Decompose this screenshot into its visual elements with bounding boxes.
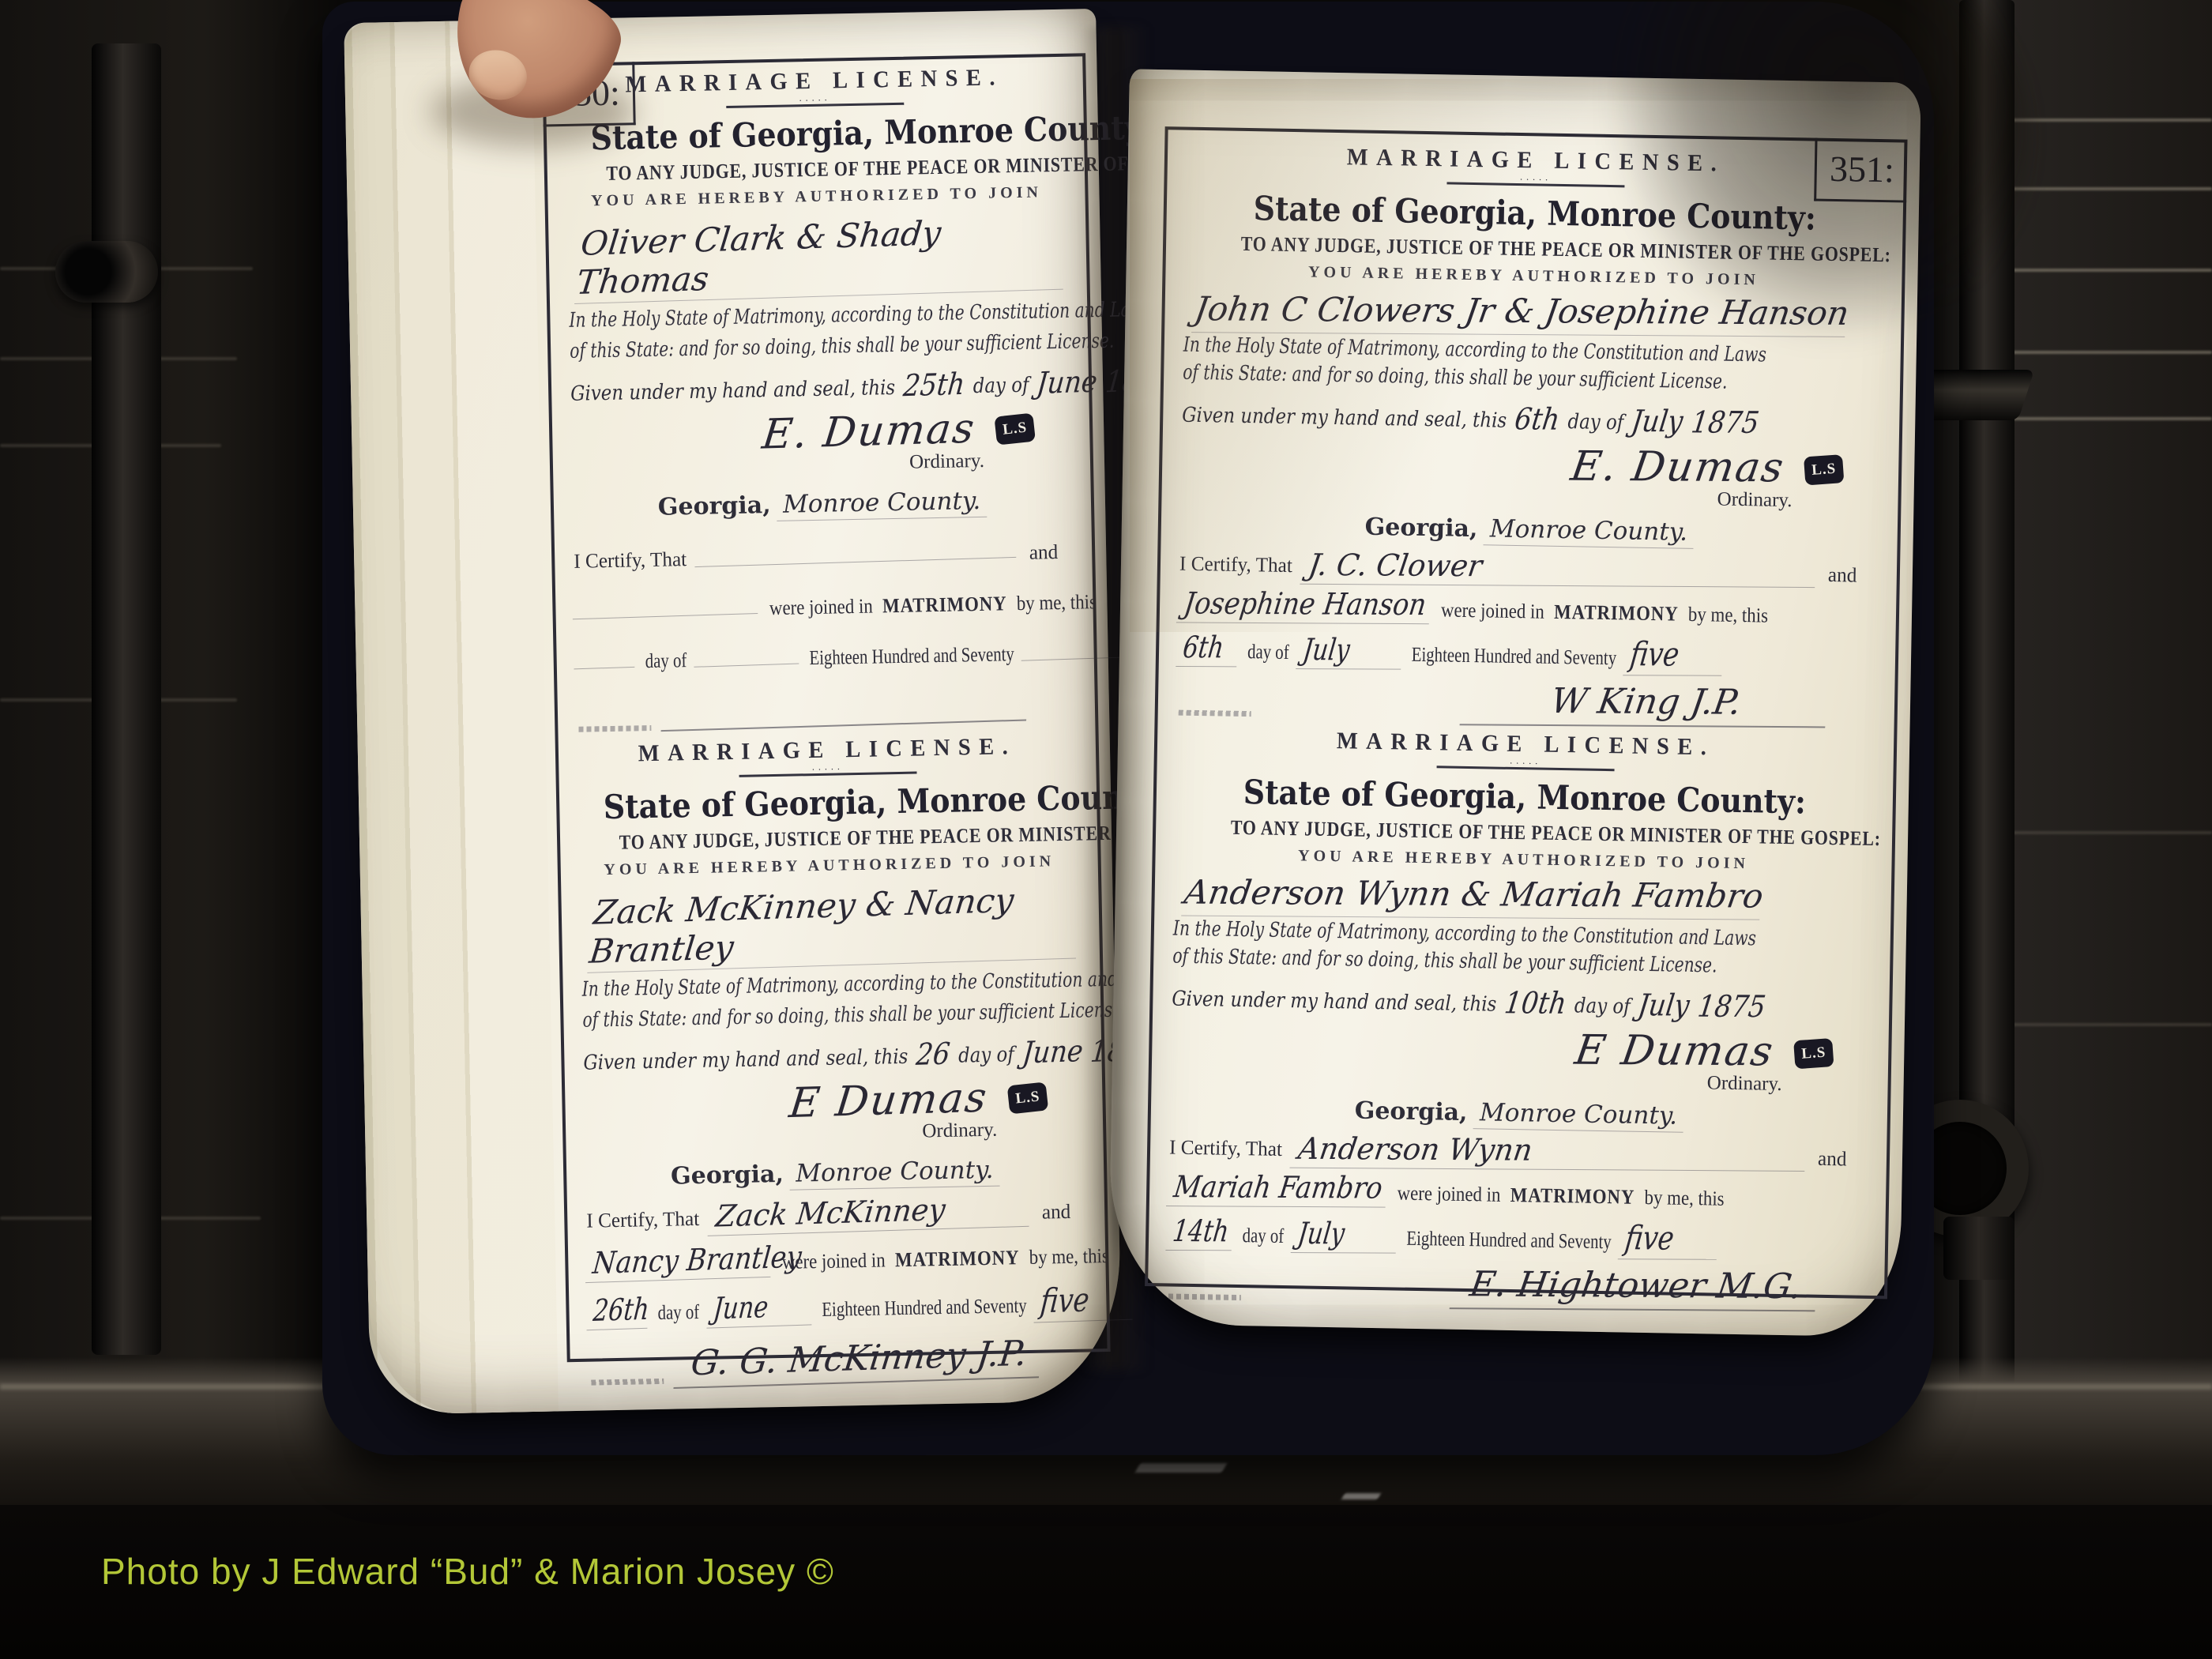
given-under-label: Given under my hand and seal, this — [1182, 404, 1507, 433]
bride-name — [573, 577, 762, 619]
authorized-line: YOU ARE HEREBY AUTHORIZED TO JOIN — [566, 183, 1066, 211]
certify-line-date: 6th day of July Eighteen Hundred and Sev… — [1178, 626, 1737, 677]
license-title: MARRIAGE LICENSE. — [577, 63, 1051, 100]
authorized-line: YOU ARE HEREBY AUTHORIZED TO JOIN — [580, 852, 1079, 880]
cert-month — [694, 626, 802, 667]
notary-seal: L.S — [1804, 454, 1844, 485]
photo-stage: 350: MARRIAGE LICENSE. ····· State of Ge… — [0, 0, 2212, 1659]
shelf-scuff — [1135, 1463, 1228, 1473]
marriage-license-form: MARRIAGE LICENSE. ····· State of Georgia… — [577, 732, 1089, 1389]
officiant-signature: E. Hightower M.G. — [1450, 1264, 1822, 1311]
county-label: Monroe County. — [1473, 1098, 1684, 1133]
bride-name: Josephine Hanson — [1176, 586, 1434, 625]
eighteen-label: Eighteen Hundred and Seventy — [1406, 1227, 1612, 1255]
ordinary-signature: E Dumas — [1572, 1027, 1777, 1076]
notary-seal: L.S — [1007, 1082, 1049, 1114]
certify-line-bride: Josephine Hanson were joined in MATRIMON… — [1179, 585, 1794, 633]
addressee-line: TO ANY JUDGE, JUSTICE OF THE PEACE OR MI… — [619, 823, 1038, 855]
day-of-label: day of — [1574, 994, 1631, 1018]
joined-post: by me, this — [1644, 1186, 1725, 1211]
license-year: 1875 — [1689, 404, 1761, 439]
matrimony-word: MATRIMONY — [1510, 1183, 1635, 1209]
given-under-label: Given under my hand and seal, this — [1172, 987, 1496, 1016]
given-under-label: Given under my hand and seal, this — [583, 1045, 908, 1075]
title-rule: ····· — [1436, 758, 1614, 771]
license-title: MARRIAGE LICENSE. — [589, 732, 1064, 769]
cert-year-word: five — [1623, 634, 1726, 675]
state-heading: State of Georgia, Monroe County: — [590, 110, 1040, 157]
page-left: 350: MARRIAGE LICENSE. ····· State of Ge… — [344, 9, 1123, 1415]
shelf-scuff — [1341, 1493, 1382, 1499]
notary-seal: L.S — [1793, 1038, 1834, 1069]
groom-name: J. C. Clower — [1300, 547, 1821, 588]
joined-post: by me, this — [1688, 603, 1769, 628]
county-label: Monroe County. — [789, 1156, 1000, 1191]
officiant-row: W King J.P. — [1177, 674, 1876, 731]
certify-prefix: I Certify, That — [1169, 1135, 1282, 1161]
certify-line-groom: I Certify, That J. C. Clower and — [1179, 543, 1857, 592]
certify-line-date: 26th day of June Eighteen Hundred and Se… — [588, 1282, 988, 1331]
officiant-signature: G. G. McKinney J.P. — [673, 1333, 1044, 1389]
cert-day: 6th — [1176, 630, 1241, 667]
and-label: and — [1029, 540, 1059, 565]
given-line: Given under my hand and seal, this 25th … — [570, 364, 1010, 408]
groom-name — [695, 521, 1021, 567]
eighteen-label: Eighteen Hundred and Seventy — [822, 1294, 1027, 1322]
certify-prefix: I Certify, That — [574, 547, 687, 574]
joined-pre: were joined in — [769, 595, 873, 621]
given-line: Given under my hand and seal, this 26 da… — [583, 1033, 1023, 1077]
couple-names: Zack McKinney & Nancy Brantley — [587, 878, 1085, 973]
license-month: June — [1021, 1033, 1085, 1070]
license-month: July — [1636, 987, 1691, 1022]
license-year: 1875 — [1695, 989, 1767, 1024]
license-day: 25th — [901, 367, 966, 403]
certify-line-bride: Nancy Brantley were joined in MATRIMONY … — [587, 1236, 1027, 1282]
matrimony-line: In the Holy State of Matrimony, accordin… — [569, 301, 958, 332]
georgia-label: Georgia, — [657, 491, 770, 521]
sufficient-line: of this State: and for so doing, this sh… — [582, 1001, 972, 1032]
license-month: July — [1630, 404, 1685, 438]
couple-names: Oliver Clark & Shady Thomas — [574, 209, 1072, 304]
watermark: Photo by J Edward “Bud” & Marion Josey © — [101, 1550, 834, 1593]
certify-line-bride: were joined in MATRIMONY by me, this — [574, 573, 1014, 624]
georgia-county-line: Georgia, Monroe County. — [585, 1154, 1085, 1192]
groom-name: Zack McKinney — [708, 1190, 1033, 1236]
title-rule: ····· — [726, 95, 904, 108]
county-label: Monroe County. — [1484, 514, 1695, 549]
state-heading: State of Georgia, Monroe County: — [603, 779, 1053, 826]
marriage-license-form: MARRIAGE LICENSE. ····· State of Georgia… — [1167, 725, 1875, 1315]
officiant-signature: W King J.P. — [1459, 680, 1831, 728]
matrimony-line: In the Holy State of Matrimony, accordin… — [1173, 917, 1718, 950]
and-label: and — [1042, 1200, 1071, 1224]
marriage-license-form: MARRIAGE LICENSE. ····· State of Georgia… — [564, 63, 1076, 735]
day-of-label: day of — [1242, 1224, 1284, 1248]
county-label: Monroe County. — [777, 487, 987, 521]
joined-pre: were joined in — [1397, 1182, 1500, 1207]
georgia-label: Georgia, — [671, 1161, 784, 1191]
slat-line — [1991, 1023, 2212, 1026]
ordinary-signature: E. Dumas — [1567, 443, 1787, 492]
authorized-line: YOU ARE HEREBY AUTHORIZED TO JOIN — [1174, 845, 1872, 875]
title-rule: ····· — [739, 764, 916, 777]
officiant-row: G. G. McKinney J.P. — [589, 1334, 1089, 1389]
day-of-label: day of — [645, 649, 687, 673]
book-gutter-shadow — [1081, 27, 1149, 1370]
georgia-county-line: Georgia, Monroe County. — [573, 485, 1073, 523]
couple-names: Anderson Wynn & Mariah Fambro — [1181, 873, 1766, 920]
certify-line-groom: I Certify, That and — [574, 521, 1059, 574]
certify-line-bride: Mariah Fambro were joined in MATRIMONY b… — [1168, 1168, 1784, 1216]
cert-day: 26th — [587, 1292, 651, 1331]
rod-foot — [1943, 1217, 2014, 1280]
cert-day — [574, 630, 638, 670]
eighteen-label: Eighteen Hundred and Seventy — [809, 642, 1014, 670]
officiant-row: E. Hightower M.G. — [1167, 1257, 1866, 1314]
license-day: 10th — [1503, 985, 1568, 1020]
cert-day: 14th — [1165, 1213, 1236, 1251]
notary-seal: L.S — [994, 413, 1036, 446]
slat-line — [1983, 417, 2212, 420]
day-of-label: day of — [1247, 640, 1289, 664]
and-label: and — [1818, 1147, 1847, 1172]
certify-prefix: I Certify, That — [586, 1207, 699, 1233]
officiant-signature — [660, 676, 1031, 732]
joined-pre: were joined in — [1441, 598, 1544, 623]
sufficient-line: of this State: and for so doing, this sh… — [570, 332, 959, 363]
day-of-label: day of — [1567, 410, 1623, 434]
rod-socket-knob — [55, 241, 158, 303]
day-of-label: day of — [958, 1043, 1014, 1067]
matrimony-word: MATRIMONY — [895, 1246, 1020, 1272]
cert-month: July — [1291, 1216, 1401, 1253]
cert-month: June — [706, 1288, 814, 1328]
eighteen-label: Eighteen Hundred and Seventy — [1412, 643, 1617, 671]
day-of-label: day of — [657, 1300, 699, 1325]
georgia-label: Georgia, — [1354, 1097, 1467, 1127]
license-day: 6th — [1513, 401, 1562, 436]
ordinary-signature: E. Dumas — [760, 405, 978, 459]
given-under-label: Given under my hand and seal, this — [570, 376, 895, 406]
given-line: Given under my hand and seal, this 6th d… — [1182, 394, 1797, 440]
certify-line-groom: I Certify, That Zack McKinney and — [586, 1191, 1071, 1237]
day-of-label: day of — [972, 374, 1029, 398]
cert-month: July — [1296, 632, 1405, 669]
form-frame-left: 350: MARRIAGE LICENSE. ····· State of Ge… — [542, 53, 1110, 1362]
license-day: 26 — [915, 1036, 952, 1072]
sufficient-line: of this State: and for so doing, this sh… — [1183, 361, 1728, 394]
cert-year-word: five — [1618, 1218, 1721, 1259]
matrimony-line: In the Holy State of Matrimony, accordin… — [1183, 333, 1729, 367]
bride-name: Mariah Fambro — [1166, 1169, 1390, 1207]
slat-line — [1991, 831, 2212, 834]
certify-line-date: 14th day of July Eighteen Hundred and Se… — [1168, 1209, 1727, 1260]
groom-name: Anderson Wynn — [1290, 1131, 1811, 1172]
matrimony-word: MATRIMONY — [882, 592, 1007, 618]
addressee-line: TO ANY JUDGE, JUSTICE OF THE PEACE OR MI… — [1231, 816, 1818, 850]
ordinary-signature: E Dumas — [787, 1074, 991, 1128]
and-label: and — [1828, 563, 1857, 588]
bride-name: Nancy Brantley — [585, 1240, 774, 1283]
state-heading: State of Georgia, Monroe County: — [1210, 772, 1839, 822]
certify-prefix: I Certify, That — [1179, 552, 1292, 577]
georgia-label: Georgia, — [1364, 513, 1477, 543]
given-line: Given under my hand and seal, this 10th … — [1172, 977, 1787, 1023]
cradle-rod-left — [92, 43, 161, 1355]
certify-line-date: day of Eighteen Hundred and Seventy — [575, 624, 976, 675]
certify-line-groom: I Certify, That Anderson Wynn and — [1169, 1126, 1847, 1175]
addressee-line: TO ANY JUDGE, JUSTICE OF THE PEACE OR MI… — [606, 154, 1025, 186]
matrimony-word: MATRIMONY — [1554, 600, 1679, 626]
matrimony-line: In the Holy State of Matrimony, accordin… — [581, 970, 971, 1001]
sufficient-line: of this State: and for so doing, this sh… — [1172, 945, 1717, 978]
